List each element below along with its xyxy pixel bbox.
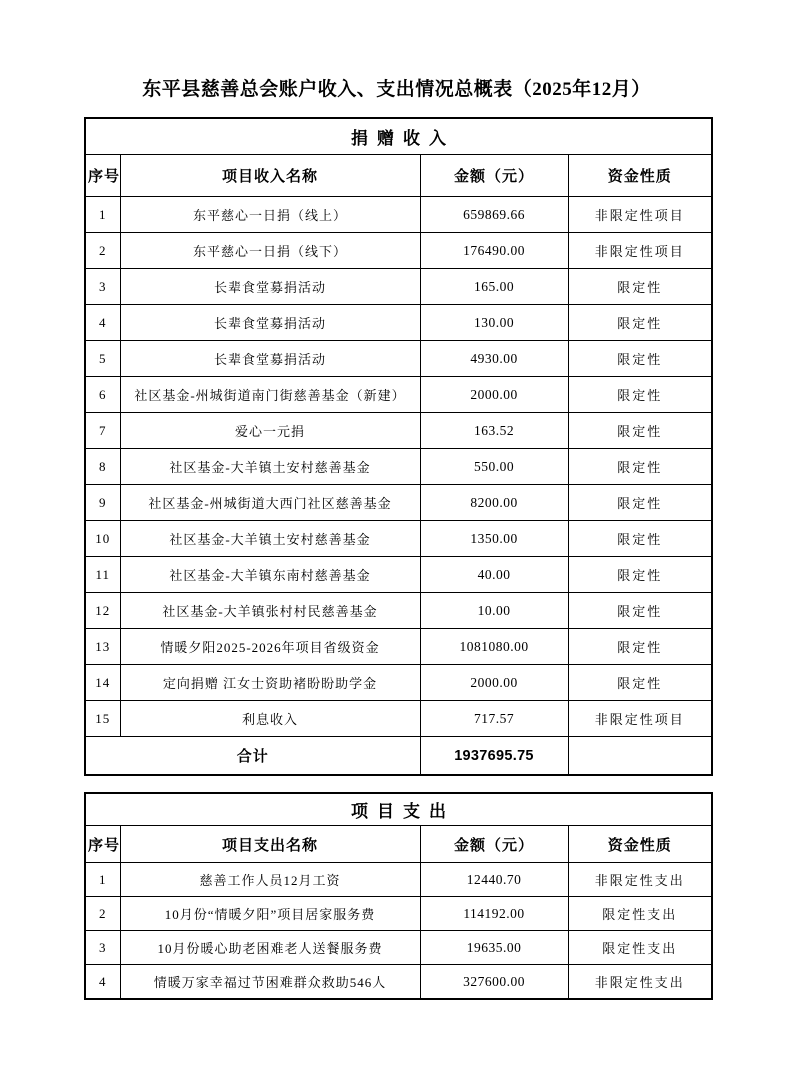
table-row: 310月份暖心助老困难老人送餐服务费19635.00限定性支出 bbox=[85, 931, 712, 965]
row-number: 6 bbox=[85, 377, 120, 413]
row-item-name: 情暖夕阳2025-2026年项目省级资金 bbox=[120, 629, 420, 665]
table-row: 5长辈食堂募捐活动4930.00限定性 bbox=[85, 341, 712, 377]
table-row: 15利息收入717.57非限定性项目 bbox=[85, 701, 712, 737]
row-fund-nature: 限定性 bbox=[568, 305, 712, 341]
row-item-name: 爱心一元捐 bbox=[120, 413, 420, 449]
row-number: 1 bbox=[85, 197, 120, 233]
row-fund-nature: 非限定性支出 bbox=[568, 863, 712, 897]
table-row: 4情暖万家幸福过节困难群众救助546人327600.00非限定性支出 bbox=[85, 965, 712, 1000]
income-col-header-name: 项目收入名称 bbox=[120, 155, 420, 197]
income-total-row: 合计 1937695.75 bbox=[85, 737, 712, 776]
row-fund-nature: 限定性 bbox=[568, 593, 712, 629]
expense-table: 项目支出 序号 项目支出名称 金额（元） 资金性质 1慈善工作人员12月工资12… bbox=[84, 792, 713, 1000]
row-fund-nature: 限定性 bbox=[568, 521, 712, 557]
table-row: 8社区基金-大羊镇土安村慈善基金550.00限定性 bbox=[85, 449, 712, 485]
table-row: 2东平慈心一日捐（线下）176490.00非限定性项目 bbox=[85, 233, 712, 269]
row-item-name: 社区基金-大羊镇土安村慈善基金 bbox=[120, 449, 420, 485]
income-table: 捐赠收入 序号 项目收入名称 金额（元） 资金性质 1东平慈心一日捐（线上）65… bbox=[84, 117, 713, 776]
table-row: 7爱心一元捐163.52限定性 bbox=[85, 413, 712, 449]
row-amount: 40.00 bbox=[420, 557, 568, 593]
row-number: 1 bbox=[85, 863, 120, 897]
row-amount: 659869.66 bbox=[420, 197, 568, 233]
row-number: 3 bbox=[85, 269, 120, 305]
document-page: 东平县慈善总会账户收入、支出情况总概表（2025年12月） 捐赠收入 序号 项目… bbox=[0, 0, 793, 1071]
income-total-amount: 1937695.75 bbox=[420, 737, 568, 776]
row-amount: 114192.00 bbox=[420, 897, 568, 931]
row-item-name: 东平慈心一日捐（线下） bbox=[120, 233, 420, 269]
income-total-label: 合计 bbox=[85, 737, 420, 776]
table-row: 13情暖夕阳2025-2026年项目省级资金1081080.00限定性 bbox=[85, 629, 712, 665]
income-table-body: 1东平慈心一日捐（线上）659869.66非限定性项目2东平慈心一日捐（线下）1… bbox=[85, 197, 712, 737]
row-number: 10 bbox=[85, 521, 120, 557]
row-fund-nature: 限定性支出 bbox=[568, 931, 712, 965]
row-amount: 717.57 bbox=[420, 701, 568, 737]
row-amount: 12440.70 bbox=[420, 863, 568, 897]
row-number: 13 bbox=[85, 629, 120, 665]
income-section-title: 捐赠收入 bbox=[85, 118, 712, 155]
row-amount: 1081080.00 bbox=[420, 629, 568, 665]
income-section-row: 捐赠收入 bbox=[85, 118, 712, 155]
row-number: 3 bbox=[85, 931, 120, 965]
table-row: 4长辈食堂募捐活动130.00限定性 bbox=[85, 305, 712, 341]
row-fund-nature: 限定性 bbox=[568, 341, 712, 377]
income-col-header-nature: 资金性质 bbox=[568, 155, 712, 197]
row-fund-nature: 限定性 bbox=[568, 629, 712, 665]
row-number: 15 bbox=[85, 701, 120, 737]
row-amount: 10.00 bbox=[420, 593, 568, 629]
page-title: 东平县慈善总会账户收入、支出情况总概表（2025年12月） bbox=[0, 0, 793, 102]
row-number: 5 bbox=[85, 341, 120, 377]
row-fund-nature: 限定性支出 bbox=[568, 897, 712, 931]
row-fund-nature: 非限定性支出 bbox=[568, 965, 712, 1000]
row-number: 8 bbox=[85, 449, 120, 485]
row-fund-nature: 限定性 bbox=[568, 377, 712, 413]
row-item-name: 社区基金-州城街道南门街慈善基金（新建） bbox=[120, 377, 420, 413]
row-item-name: 长辈食堂募捐活动 bbox=[120, 269, 420, 305]
row-amount: 550.00 bbox=[420, 449, 568, 485]
row-fund-nature: 限定性 bbox=[568, 269, 712, 305]
row-amount: 19635.00 bbox=[420, 931, 568, 965]
table-row: 9社区基金-州城街道大西门社区慈善基金8200.00限定性 bbox=[85, 485, 712, 521]
row-amount: 163.52 bbox=[420, 413, 568, 449]
row-item-name: 利息收入 bbox=[120, 701, 420, 737]
row-item-name: 10月份“情暖夕阳”项目居家服务费 bbox=[120, 897, 420, 931]
row-amount: 2000.00 bbox=[420, 377, 568, 413]
table-row: 1东平慈心一日捐（线上）659869.66非限定性项目 bbox=[85, 197, 712, 233]
row-fund-nature: 非限定性项目 bbox=[568, 701, 712, 737]
row-number: 4 bbox=[85, 965, 120, 1000]
row-number: 9 bbox=[85, 485, 120, 521]
row-fund-nature: 限定性 bbox=[568, 557, 712, 593]
income-col-header-no: 序号 bbox=[85, 155, 120, 197]
row-fund-nature: 限定性 bbox=[568, 413, 712, 449]
income-total-nature bbox=[568, 737, 712, 776]
table-row: 6社区基金-州城街道南门街慈善基金（新建）2000.00限定性 bbox=[85, 377, 712, 413]
row-item-name: 社区基金-州城街道大西门社区慈善基金 bbox=[120, 485, 420, 521]
row-amount: 130.00 bbox=[420, 305, 568, 341]
table-row: 1慈善工作人员12月工资12440.70非限定性支出 bbox=[85, 863, 712, 897]
expense-header-row: 序号 项目支出名称 金额（元） 资金性质 bbox=[85, 826, 712, 863]
row-item-name: 情暖万家幸福过节困难群众救助546人 bbox=[120, 965, 420, 1000]
row-fund-nature: 限定性 bbox=[568, 449, 712, 485]
row-fund-nature: 非限定性项目 bbox=[568, 197, 712, 233]
expense-col-header-no: 序号 bbox=[85, 826, 120, 863]
row-item-name: 慈善工作人员12月工资 bbox=[120, 863, 420, 897]
table-row: 11社区基金-大羊镇东南村慈善基金40.00限定性 bbox=[85, 557, 712, 593]
expense-table-body: 1慈善工作人员12月工资12440.70非限定性支出210月份“情暖夕阳”项目居… bbox=[85, 863, 712, 1000]
table-row: 14定向捐赠 江女士资助褚盼盼助学金2000.00限定性 bbox=[85, 665, 712, 701]
row-number: 2 bbox=[85, 897, 120, 931]
table-row: 12社区基金-大羊镇张村村民慈善基金10.00限定性 bbox=[85, 593, 712, 629]
income-header-row: 序号 项目收入名称 金额（元） 资金性质 bbox=[85, 155, 712, 197]
expense-col-header-nature: 资金性质 bbox=[568, 826, 712, 863]
row-item-name: 长辈食堂募捐活动 bbox=[120, 341, 420, 377]
row-item-name: 社区基金-大羊镇东南村慈善基金 bbox=[120, 557, 420, 593]
row-number: 14 bbox=[85, 665, 120, 701]
table-row: 3长辈食堂募捐活动165.00限定性 bbox=[85, 269, 712, 305]
row-number: 12 bbox=[85, 593, 120, 629]
row-fund-nature: 限定性 bbox=[568, 485, 712, 521]
row-number: 2 bbox=[85, 233, 120, 269]
row-amount: 165.00 bbox=[420, 269, 568, 305]
row-item-name: 东平慈心一日捐（线上） bbox=[120, 197, 420, 233]
row-amount: 176490.00 bbox=[420, 233, 568, 269]
row-number: 7 bbox=[85, 413, 120, 449]
income-col-header-amount: 金额（元） bbox=[420, 155, 568, 197]
row-item-name: 社区基金-大羊镇土安村慈善基金 bbox=[120, 521, 420, 557]
row-item-name: 长辈食堂募捐活动 bbox=[120, 305, 420, 341]
row-item-name: 社区基金-大羊镇张村村民慈善基金 bbox=[120, 593, 420, 629]
row-fund-nature: 非限定性项目 bbox=[568, 233, 712, 269]
row-amount: 1350.00 bbox=[420, 521, 568, 557]
row-amount: 4930.00 bbox=[420, 341, 568, 377]
expense-col-header-name: 项目支出名称 bbox=[120, 826, 420, 863]
table-row: 10社区基金-大羊镇土安村慈善基金1350.00限定性 bbox=[85, 521, 712, 557]
row-item-name: 定向捐赠 江女士资助褚盼盼助学金 bbox=[120, 665, 420, 701]
row-fund-nature: 限定性 bbox=[568, 665, 712, 701]
row-item-name: 10月份暖心助老困难老人送餐服务费 bbox=[120, 931, 420, 965]
row-number: 11 bbox=[85, 557, 120, 593]
expense-section-title: 项目支出 bbox=[85, 793, 712, 826]
table-row: 210月份“情暖夕阳”项目居家服务费114192.00限定性支出 bbox=[85, 897, 712, 931]
row-amount: 327600.00 bbox=[420, 965, 568, 1000]
expense-section-row: 项目支出 bbox=[85, 793, 712, 826]
row-amount: 8200.00 bbox=[420, 485, 568, 521]
expense-col-header-amount: 金额（元） bbox=[420, 826, 568, 863]
row-amount: 2000.00 bbox=[420, 665, 568, 701]
row-number: 4 bbox=[85, 305, 120, 341]
